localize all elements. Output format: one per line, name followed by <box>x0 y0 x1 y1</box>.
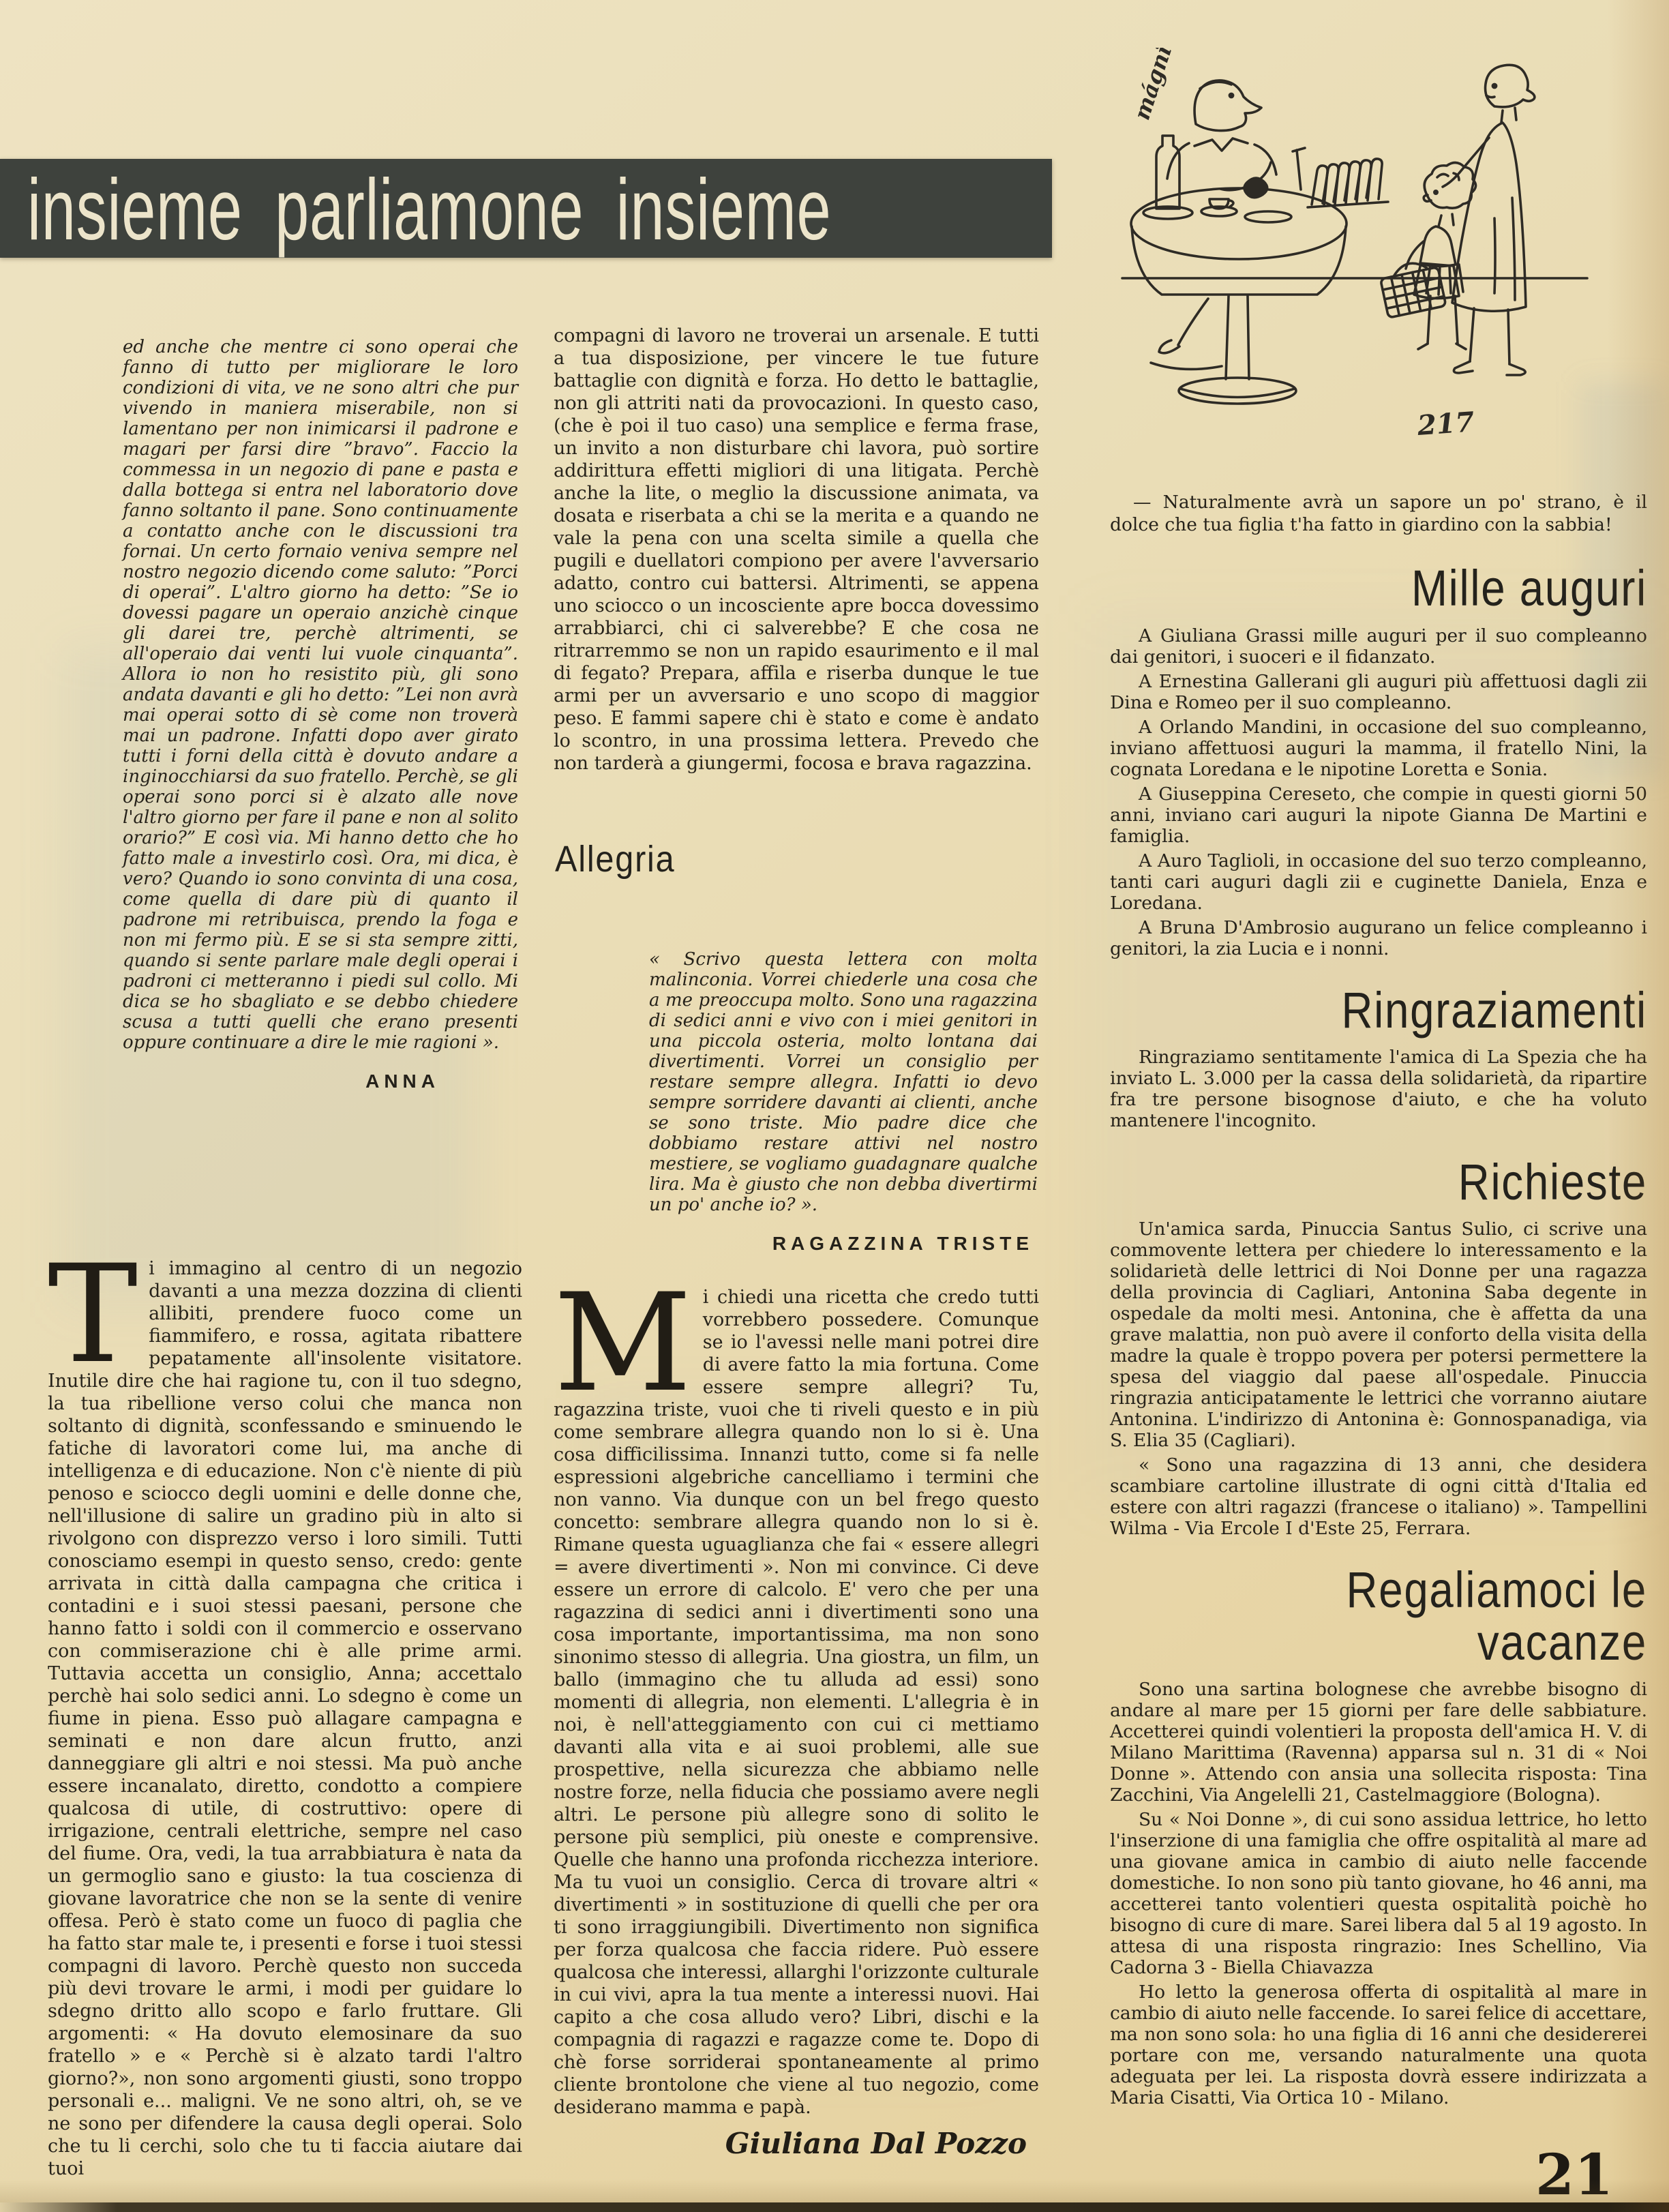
ringraziamenti-text: Ringraziamo sentitamente l'amica di La S… <box>1110 1047 1647 1131</box>
page-number: 21 <box>1535 2142 1613 2208</box>
girl-eye <box>1434 191 1437 194</box>
table-base <box>1179 378 1296 404</box>
man-shoe <box>1159 340 1179 353</box>
shopping-bag <box>1379 258 1446 318</box>
cartoon-illustration: mágni 217 <box>1113 48 1644 451</box>
section-heading-ringraziamenti: Ringraziamenti <box>1185 984 1647 1037</box>
reader-letter-anna: ed anche che mentre ci sono operai che f… <box>123 319 518 1092</box>
cartoonist-signature: mágni <box>1128 48 1177 123</box>
cartoon-caption: — Naturalmente avrà un sapore un po' str… <box>1110 491 1647 536</box>
girl-body <box>1439 214 1454 226</box>
woman-legs <box>1470 308 1509 364</box>
dress-folds <box>1494 198 1515 300</box>
woman-feet <box>1454 361 1525 375</box>
section-heading-allegria: Allegria <box>555 840 675 879</box>
auguri-item: A Bruna D'Ambrosio augurano un felice co… <box>1110 917 1647 959</box>
right-column: — Naturalmente avrà un sapore un po' str… <box>1110 473 1647 2112</box>
woman-eye <box>1492 84 1496 87</box>
woman-mouth <box>1486 95 1494 98</box>
man-shoulder <box>1167 143 1276 179</box>
page-bottom-edge <box>0 2202 1669 2212</box>
shadow <box>1151 363 1222 369</box>
girl-feet <box>1418 344 1466 349</box>
auguri-item: A Giuseppina Cereseto, che compie in que… <box>1110 783 1647 847</box>
woman-arm <box>1443 138 1489 187</box>
food-in-hand <box>1243 177 1268 198</box>
man-leg <box>1178 299 1208 345</box>
girl-top <box>1420 226 1456 267</box>
reply-text: i immagino al centro di un negozio davan… <box>48 1258 522 2179</box>
magazine-page: insieme parliamone insieme <box>0 0 1669 2212</box>
vacanze-item: Ho letto la generosa offerta di ospitali… <box>1110 1982 1647 2108</box>
richieste-item: « Sono una ragazzina di 13 anni, che des… <box>1110 1454 1647 1539</box>
vacanze-item: Sono una sartina bolognese che avrebbe b… <box>1110 1679 1647 1806</box>
woman-neck <box>1501 108 1516 123</box>
letter-text: « Scrivo questa lettera con molta malinc… <box>649 949 1038 1215</box>
drop-cap-M: M <box>554 1290 692 1396</box>
reader-letter-ragazzina: « Scrivo questa lettera con molta malinc… <box>649 931 1038 1255</box>
auguri-item: A Auro Taglioli, in occasione del suo te… <box>1110 850 1647 914</box>
vacanze-item: Su « Noi Donne », di cui sono assidua le… <box>1110 1809 1647 1978</box>
table-top <box>1131 188 1347 259</box>
drop-cap-T: T <box>48 1261 138 1368</box>
reply-text: i chiedi una ricetta che credo tutti vor… <box>554 1287 1039 2118</box>
section-heading-richieste: Richieste <box>1185 1156 1647 1209</box>
chair-back <box>1293 148 1305 190</box>
letter-signature: ANNA <box>123 1071 518 1092</box>
man-collar <box>1194 138 1248 151</box>
editor-reply-anna: Ti immagino al centro di un negozio dava… <box>48 1257 522 2180</box>
girl-hair <box>1424 162 1475 208</box>
page-bottom-shading <box>0 2179 1669 2202</box>
letter-signature: RAGAZZINA TRISTE <box>649 1233 1038 1255</box>
masthead-bar: insieme parliamone insieme <box>0 159 1052 258</box>
man-head <box>1194 80 1261 131</box>
tablecloth <box>1132 226 1346 295</box>
auguri-item: A Orlando Mandini, in occasione del suo … <box>1110 717 1647 780</box>
editor-reply-continuation: compagni di lavoro ne troverai un arsena… <box>554 325 1039 775</box>
editor-reply-ragazzina: Mi chiedi una ricetta che credo tutti vo… <box>554 1286 1039 2160</box>
man-hair <box>1200 82 1231 89</box>
man-eye <box>1229 93 1233 97</box>
auguri-item: A Ernestina Gallerani gli auguri più aff… <box>1110 671 1647 713</box>
cartoon-number: 217 <box>1415 406 1475 442</box>
section-heading-mille-auguri: Mille auguri <box>1185 562 1647 615</box>
auguri-item: A Giuliana Grassi mille auguri per il su… <box>1110 625 1647 668</box>
section-heading-regaliamoci: Regaliamoci le vacanze <box>1185 1564 1647 1669</box>
plate <box>1245 211 1291 222</box>
column-title: insieme parliamone insieme <box>27 159 831 258</box>
richieste-item: Un'amica sarda, Pinuccia Santus Sulio, c… <box>1110 1219 1647 1451</box>
letter-text: ed anche che mentre ci sono operai che f… <box>123 337 518 1053</box>
columnist-signature: Giuliana Dal Pozzo <box>554 2127 1039 2160</box>
